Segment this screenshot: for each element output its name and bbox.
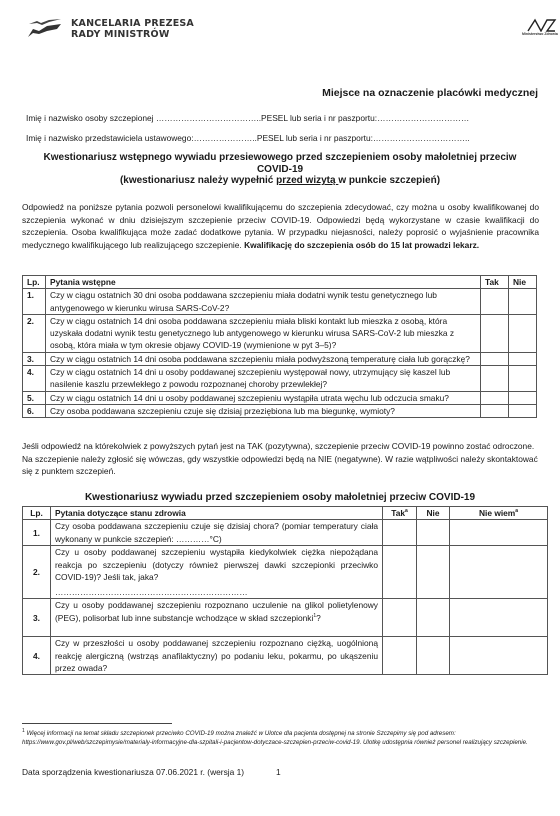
question-text: Czy w ciągu ostatnich 14 dni osoba podda… [46, 352, 481, 365]
table-row: 1.Czy w ciągu ostatnich 30 dni osoba pod… [23, 289, 537, 315]
answer-no-cell[interactable] [417, 637, 450, 675]
vaccinated-pesel-label: PESEL lub seria i nr paszportu:………………………… [261, 113, 469, 123]
answer-yes-cell[interactable] [481, 366, 509, 392]
header-yes-mark: a [405, 508, 408, 514]
row-number: 6. [23, 404, 46, 417]
row-number: 1. [23, 289, 46, 315]
vaccinated-name-label: Imię i nazwisko osoby szczepionej ………………… [26, 113, 261, 123]
row-number: 3. [23, 352, 46, 365]
answer-yes-cell[interactable] [481, 391, 509, 404]
answer-no-cell[interactable] [417, 520, 450, 546]
answer-yes-cell[interactable] [481, 289, 509, 315]
title-line1: Kwestionariusz wstępnego wywiadu przesie… [0, 152, 560, 164]
answer-dont-know-cell[interactable] [450, 546, 548, 599]
answer-dont-know-cell[interactable] [450, 637, 548, 675]
medical-facility-stamp-label: Miejsce na oznaczenie placówki medycznej [322, 87, 538, 99]
question-text: Czy w ciągu ostatnich 30 dni osoba podda… [46, 289, 481, 315]
table-row: 1.Czy osoba poddawana szczepieniu czuje … [23, 520, 548, 546]
header-lp: Lp. [23, 507, 51, 520]
answer-yes-cell[interactable] [481, 352, 509, 365]
row-number: 3. [23, 599, 51, 637]
reaction-answer-field[interactable]: …………………………………………………………… [55, 586, 378, 598]
row-number: 1. [23, 520, 51, 546]
header-no: Nie [417, 507, 450, 520]
table-row: 3.Czy u osoby poddawanej szczepieniu roz… [23, 599, 548, 637]
footnote-divider [22, 723, 172, 724]
header-dont-know-mark: a [515, 508, 518, 514]
answer-yes-cell[interactable] [383, 546, 417, 599]
document-date: Data sporządzenia kwestionariusza 07.06.… [22, 767, 244, 777]
mz-logo: Ministerstwo Zdrowia [522, 18, 560, 36]
guardian-pesel-label: PESEL lub seria i nr paszportu:………………………… [257, 133, 470, 143]
kprm-logo-text: KANCELARIA PREZESA RADY MINISTRÓW [71, 18, 194, 40]
title-line3-pre: (kwestionariusz należy wypełnić [120, 175, 276, 186]
table-row: 6.Czy osoba poddawana szczepieniu czuje … [23, 404, 537, 417]
mz-wave-icon [527, 18, 557, 32]
answer-no-cell[interactable] [509, 366, 537, 392]
preliminary-questions-table: Lp. Pytania wstępne Tak Nie 1.Czy w ciąg… [22, 275, 537, 418]
question-body: Czy w przeszłości u osoby poddawanej szc… [55, 638, 378, 673]
footnote-mark: 1 [22, 728, 25, 734]
answer-dont-know-cell[interactable] [450, 520, 548, 546]
answer-no-cell[interactable] [417, 546, 450, 599]
intro-paragraph: Odpowiedź na poniższe pytania pozwoli pe… [22, 201, 539, 251]
answer-dont-know-cell[interactable] [450, 599, 548, 637]
question-text: Czy osoba poddawana szczepieniu czuje si… [46, 404, 481, 417]
header-dont-know: Nie wiema [450, 507, 548, 520]
header-yes: Tak [481, 276, 509, 289]
footnote: 1 Więcej informacji na temat składu szcz… [22, 729, 542, 748]
table-row: 3.Czy w ciągu ostatnich 14 dni osoba pod… [23, 352, 537, 365]
health-questionnaire-title: Kwestionariusz wywiadu przed szczepienie… [0, 492, 560, 503]
header-lp: Lp. [23, 276, 46, 289]
answer-no-cell[interactable] [509, 289, 537, 315]
table-header-row: Lp. Pytania wstępne Tak Nie [23, 276, 537, 289]
kprm-line1: KANCELARIA PREZESA [71, 18, 194, 29]
question-text: Czy w ciągu ostatnich 14 dni u osoby pod… [46, 391, 481, 404]
deferral-note: Jeśli odpowiedź na którekolwiek z powyżs… [22, 440, 539, 478]
health-questions-table: Lp. Pytania dotyczące stanu zdrowia Taka… [22, 506, 548, 675]
table-row: 4.Czy w ciągu ostatnich 14 dni u osoby p… [23, 366, 537, 392]
title-line2: COVID-19 [0, 164, 560, 176]
answer-no-cell[interactable] [509, 314, 537, 352]
question-text: Czy u osoby poddawanej szczepieniu wystą… [51, 546, 383, 599]
answer-yes-cell[interactable] [383, 637, 417, 675]
question-text: Czy w ciągu ostatnich 14 dni u osoby pod… [46, 366, 481, 392]
answer-yes-cell[interactable] [383, 520, 417, 546]
mz-logo-caption: Ministerstwo Zdrowia [522, 32, 560, 36]
guardian-name-label: Imię i nazwisko przedstawiciela ustawowe… [26, 133, 257, 143]
kprm-logo: KANCELARIA PREZESA RADY MINISTRÓW [27, 18, 194, 40]
row-number: 4. [23, 366, 46, 392]
question-text: Czy w ciągu ostatnich 14 dni osoba podda… [46, 314, 481, 352]
header-yes: Taka [383, 507, 417, 520]
answer-no-cell[interactable] [417, 599, 450, 637]
header-question: Pytania wstępne [46, 276, 481, 289]
answer-no-cell[interactable] [509, 404, 537, 417]
answer-yes-cell[interactable] [383, 599, 417, 637]
title-line3: (kwestionariusz należy wypełnić przed wi… [0, 175, 560, 187]
questionnaire-title: Kwestionariusz wstępnego wywiadu przesie… [0, 152, 560, 187]
header-yes-label: Tak [391, 508, 405, 518]
title-line3-underlined: przed wizytą [276, 175, 338, 186]
question-body: Czy u osoby poddawanej szczepieniu wystą… [55, 547, 378, 582]
answer-yes-cell[interactable] [481, 404, 509, 417]
eagle-wing-icon [27, 18, 63, 40]
question-text: Czy osoba poddawana szczepieniu czuje si… [51, 520, 383, 546]
guardian-field[interactable]: Imię i nazwisko przedstawiciela ustawowe… [26, 133, 470, 143]
header-dont-know-label: Nie wiem [479, 508, 515, 518]
answer-yes-cell[interactable] [481, 314, 509, 352]
question-body: Czy u osoby poddawanej szczepieniu rozpo… [55, 600, 378, 622]
table-row: 5.Czy w ciągu ostatnich 14 dni u osoby p… [23, 391, 537, 404]
intro-bold-note: Kwalifikację do szczepienia osób do 15 l… [244, 240, 479, 250]
kprm-line2: RADY MINISTRÓW [71, 29, 194, 40]
row-number: 5. [23, 391, 46, 404]
title-line3-post: w punkcie szczepień) [338, 175, 440, 186]
answer-no-cell[interactable] [509, 391, 537, 404]
footnote-text: Więcej informacji na temat składu szczep… [22, 730, 528, 746]
header-no: Nie [509, 276, 537, 289]
question-text: Czy w przeszłości u osoby poddawanej szc… [51, 637, 383, 675]
question-text: Czy u osoby poddawanej szczepieniu rozpo… [51, 599, 383, 637]
table-row: 2.Czy w ciągu ostatnich 14 dni osoba pod… [23, 314, 537, 352]
table-row: 4.Czy w przeszłości u osoby poddawanej s… [23, 637, 548, 675]
page-number: 1 [276, 767, 281, 777]
row-number: 2. [23, 314, 46, 352]
row-number: 2. [23, 546, 51, 599]
question-body: Czy osoba poddawana szczepieniu czuje si… [55, 521, 378, 543]
row-number: 4. [23, 637, 51, 675]
table-header-row: Lp. Pytania dotyczące stanu zdrowia Taka… [23, 507, 548, 520]
vaccinated-person-field[interactable]: Imię i nazwisko osoby szczepionej ………………… [26, 113, 469, 123]
answer-no-cell[interactable] [509, 352, 537, 365]
table-row: 2.Czy u osoby poddawanej szczepieniu wys… [23, 546, 548, 599]
header-question: Pytania dotyczące stanu zdrowia [51, 507, 383, 520]
question-end: ? [316, 613, 321, 623]
